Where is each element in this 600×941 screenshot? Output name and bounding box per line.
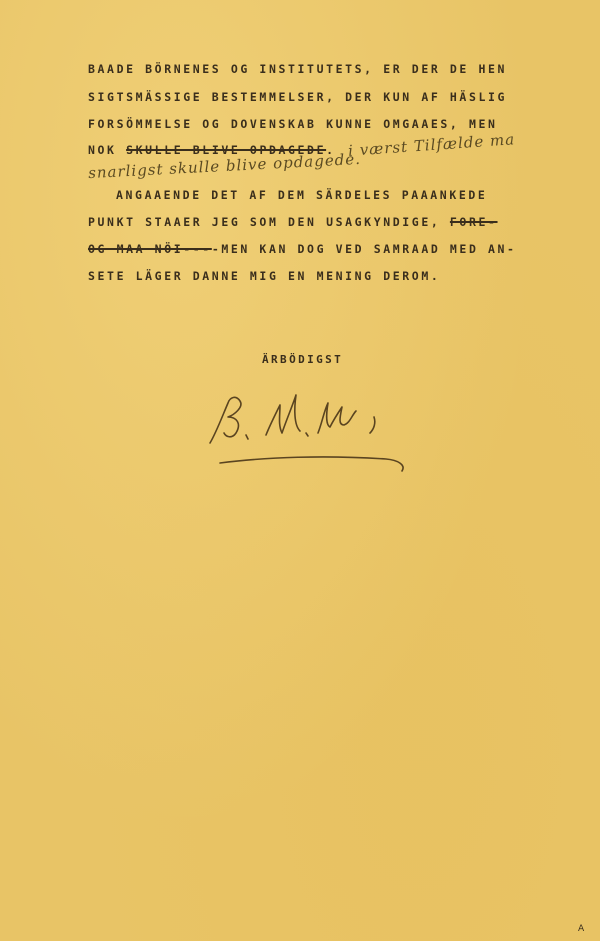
letter-page: BAADE BÖRNENES OG INSTITUTETS, ER DER DE… <box>0 0 600 941</box>
paragraph2-line3: OG MAA NÖI----MEN KAN DOG VED SAMRAAD ME… <box>88 242 517 256</box>
kept-text: -MEN KAN DOG VED SAMRAAD MED AN- <box>212 242 517 256</box>
closing-salutation: ÄRBÖDIGST <box>262 353 343 366</box>
paragraph1-line1: BAADE BÖRNENES OG INSTITUTETS, ER DER DE… <box>88 62 507 76</box>
paragraph2-line2: PUNKT STAAER JEG SOM DEN USAGKYNDIGE, FO… <box>88 215 498 229</box>
corner-mark: A <box>578 924 584 934</box>
paragraph2-line1: ANGAAENDE DET AF DEM SÄRDELES PAAANKEDE <box>116 188 487 202</box>
paragraph1-line2: SIGTSMÄSSIGE BESTEMMELSER, DER KUN AF HÄ… <box>88 90 507 104</box>
signature <box>206 385 416 475</box>
struck-text: OG MAA NÖI--- <box>88 242 212 256</box>
handwritten-insert-line1: i værst Tilfælde ma <box>348 130 516 160</box>
kept-text: PUNKT STAAER JEG SOM DEN USAGKYNDIGE, <box>88 215 450 229</box>
struck-text: FORE- <box>450 215 498 229</box>
paragraph2-line4: SETE LÄGER DANNE MIG EN MENING DEROM. <box>88 269 440 283</box>
paragraph1-line3: FORSÖMMELSE OG DOVENSKAB KUNNE OMGAAES, … <box>88 117 498 131</box>
kept-text: NOK <box>88 143 126 157</box>
